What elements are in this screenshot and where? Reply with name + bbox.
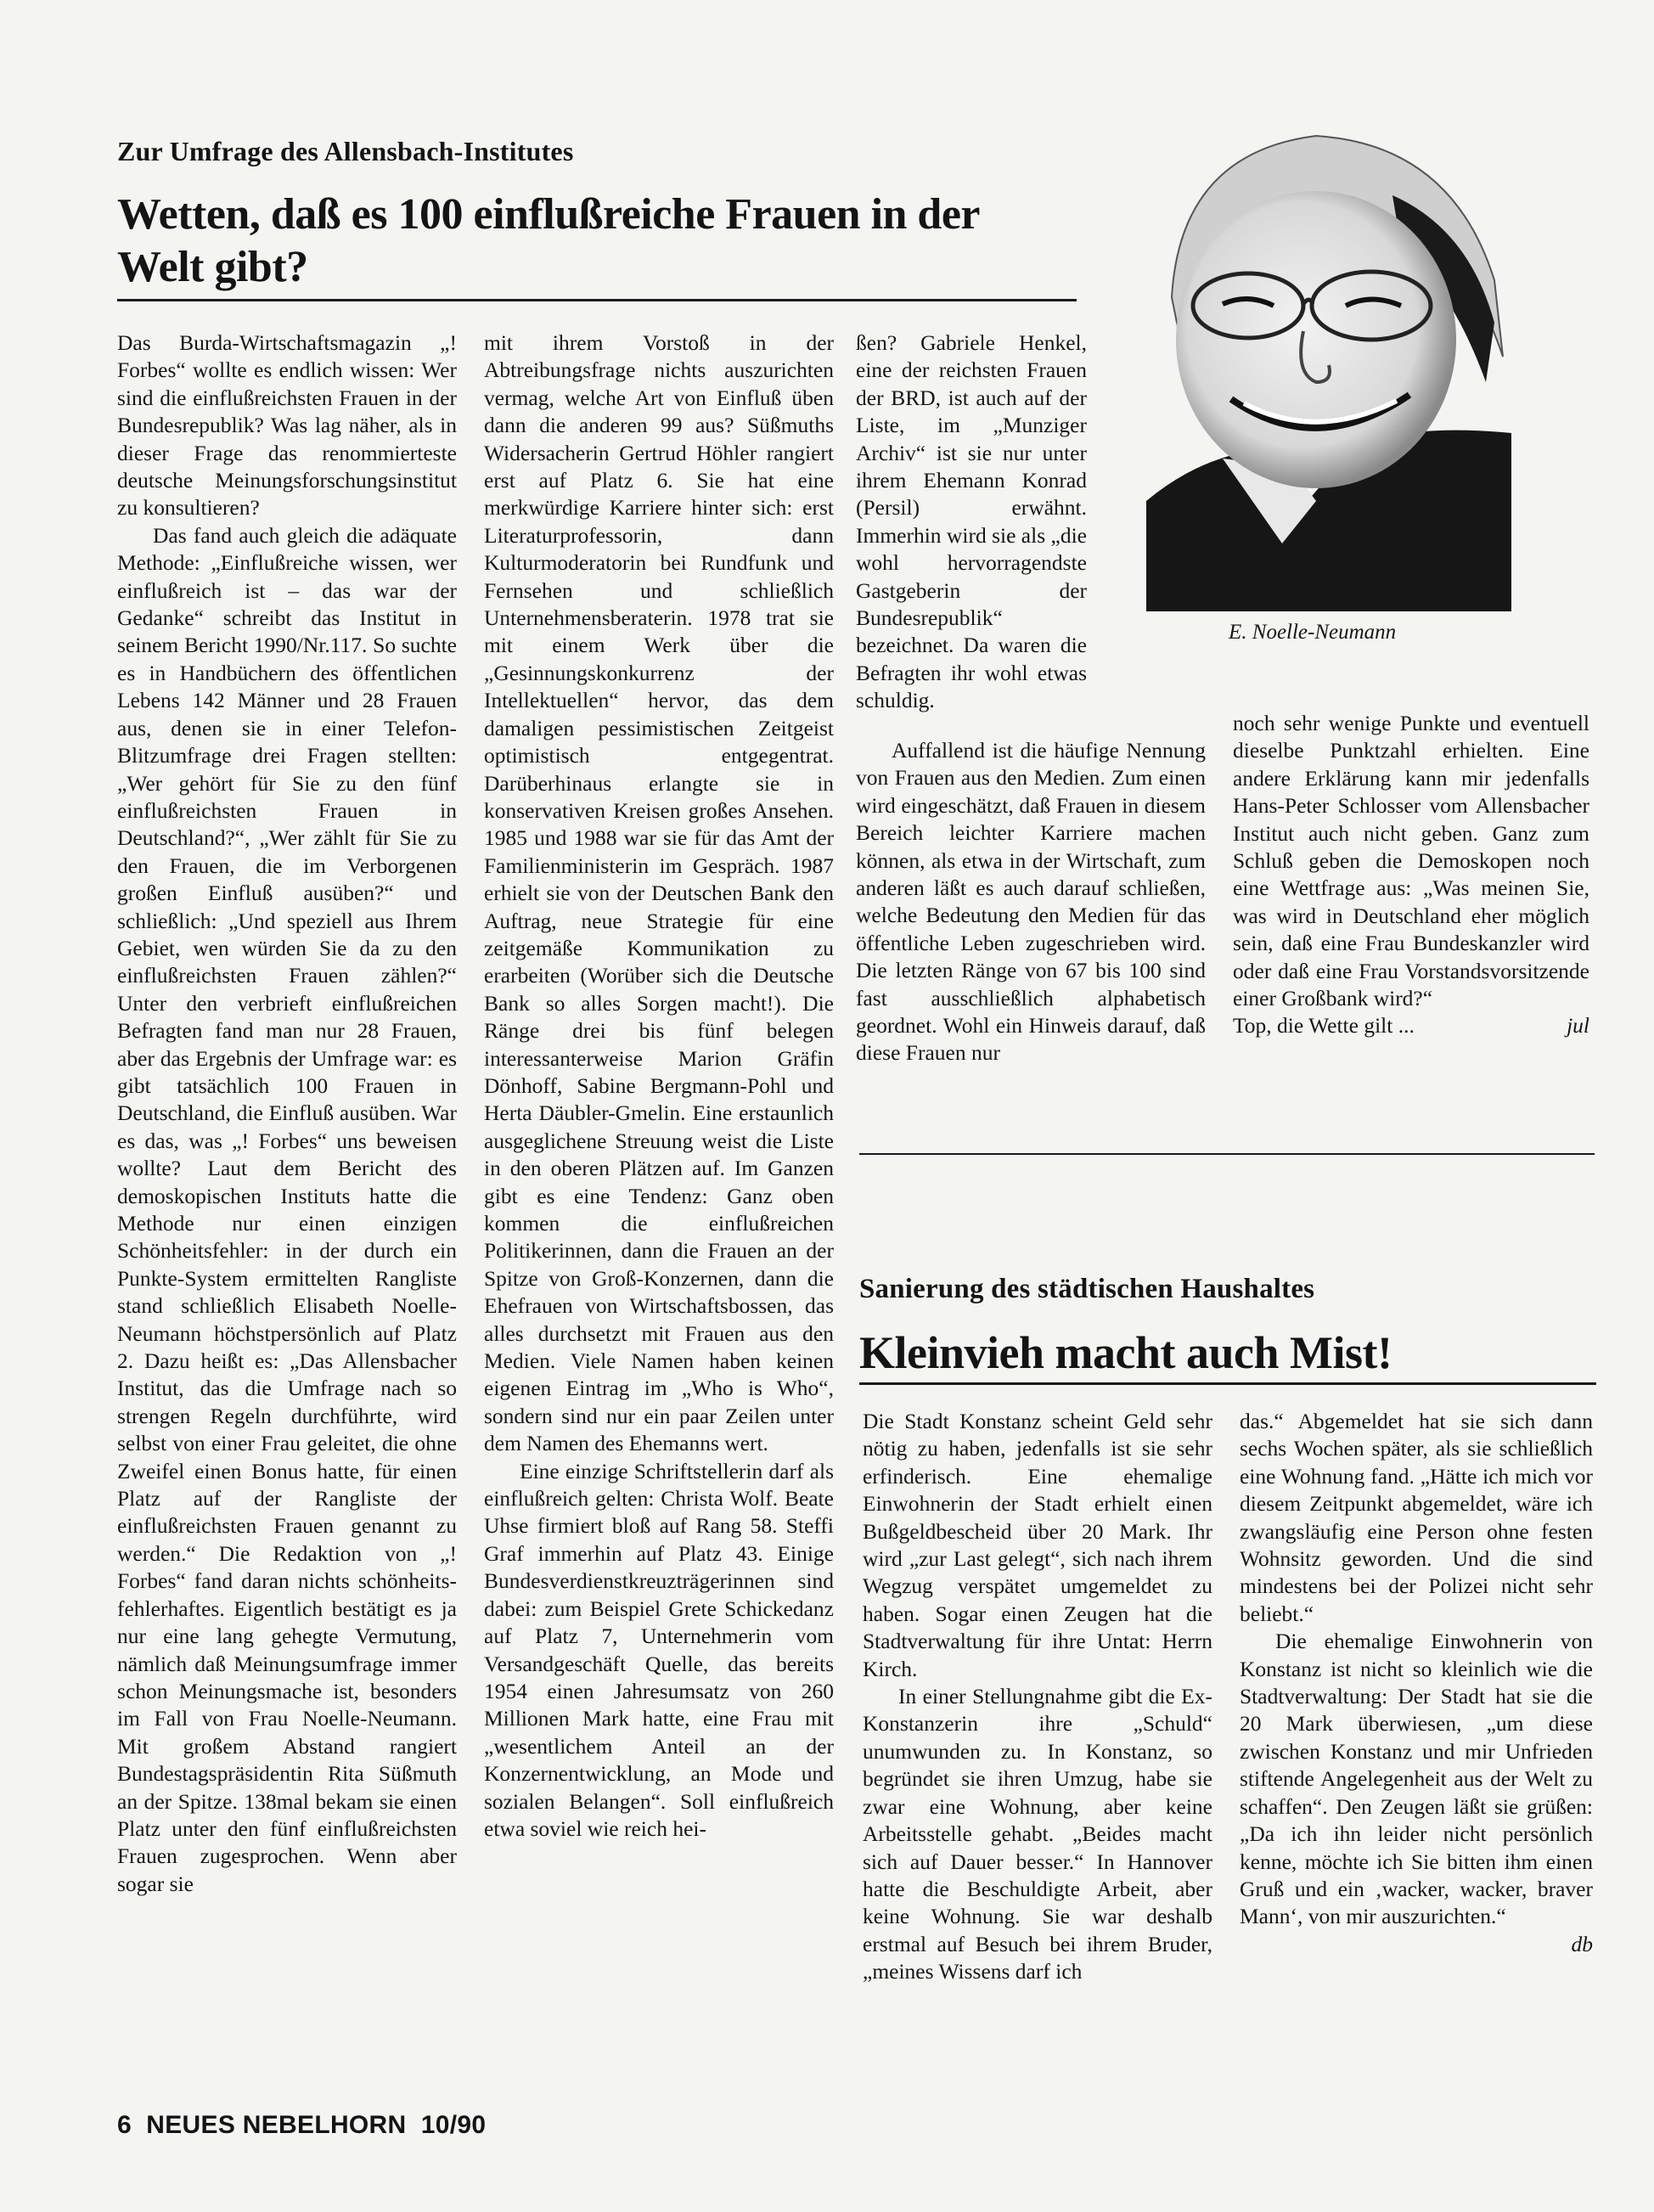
article1-column-2: mit ihrem Vorstoß in der Abtreibungsfrag… <box>484 329 834 1843</box>
article2-col1-paragraph: Die Stadt Konstanz scheint Geld sehr nöt… <box>863 1408 1212 1683</box>
article1-headline-line1: Wetten, daß es 100 einflußreiche Frauen … <box>117 189 1094 241</box>
article1-signature: jul <box>1567 1012 1589 1039</box>
photo-caption: E. Noelle-Neumann <box>1229 621 1396 644</box>
article1-headline: Wetten, daß es 100 einflußreiche Frauen … <box>117 189 1094 294</box>
article1-column-1: Das Burda-Wirtschaftsmagazin „! Forbes“ … <box>117 329 457 1898</box>
article2-col2-paragraph: Die ehemalige Einwohnerin von Konstanz i… <box>1240 1628 1593 1930</box>
article1-column-3-bottom: Auffallend ist die häufige Nennung von F… <box>856 737 1206 1067</box>
article2-col2-paragraph: das.“ Abgemeldet hat sie sich dann sechs… <box>1240 1408 1593 1628</box>
portrait-photo-icon <box>1146 102 1511 611</box>
article1-column-4: noch sehr wenige Punkte und eventuell di… <box>1233 710 1589 1040</box>
article1-col1-paragraph: Das Burda-Wirtschaftsmagazin „! Forbes“ … <box>117 329 457 522</box>
article1-kicker: Zur Umfrage des Allensbach-Institutes <box>117 136 574 167</box>
page-number: 6 <box>117 2111 132 2139</box>
article1-column-3-top: ßen? Gabriele Henkel, eine der reichsten… <box>856 329 1087 715</box>
publication-name: NEUES NEBELHORN <box>146 2111 406 2139</box>
article1-col1-paragraph: Das fand auch gleich die adäquate Method… <box>117 522 457 1898</box>
article1-headline-rule <box>117 299 1077 301</box>
article1-col2-paragraph: mit ihrem Vorstoß in der Abtreibungsfrag… <box>484 329 834 1458</box>
article1-closing: Top, die Wette gilt ... <box>1233 1012 1415 1039</box>
article2-kicker: Sanierung des städtischen Haushaltes <box>859 1274 1314 1305</box>
issue-number: 10/90 <box>421 2111 487 2139</box>
article1-closing-line: Top, die Wette gilt ... jul <box>1233 1012 1589 1039</box>
page-footer: 6 NEUES NEBELHORN 10/90 <box>117 2111 486 2140</box>
article1-col2-paragraph: Eine einzige Schriftstellerin darf als e… <box>484 1458 834 1843</box>
article1-col4-paragraph: noch sehr wenige Punkte und eventuell di… <box>1233 710 1589 1012</box>
article-separator-rule <box>859 1153 1595 1155</box>
article2-signature: db <box>1572 1932 1594 1956</box>
article2-col1-paragraph: In einer Stellungnahme gibt die Ex-Konst… <box>863 1683 1212 1985</box>
article1-col3-paragraph: Auffallend ist die häufige Nennung von F… <box>856 737 1206 1067</box>
portrait-photo-svg <box>1146 102 1511 611</box>
article2-headline: Kleinvieh macht auch Mist! <box>859 1326 1392 1379</box>
article2-headline-rule <box>859 1382 1596 1385</box>
article1-headline-line2: Welt gibt? <box>117 241 1094 294</box>
article2-column-2: das.“ Abgemeldet hat sie sich dann sechs… <box>1240 1408 1593 1958</box>
article2-column-1: Die Stadt Konstanz scheint Geld sehr nöt… <box>863 1408 1212 1986</box>
article1-col3-paragraph: ßen? Gabriele Henkel, eine der reichsten… <box>856 329 1087 715</box>
